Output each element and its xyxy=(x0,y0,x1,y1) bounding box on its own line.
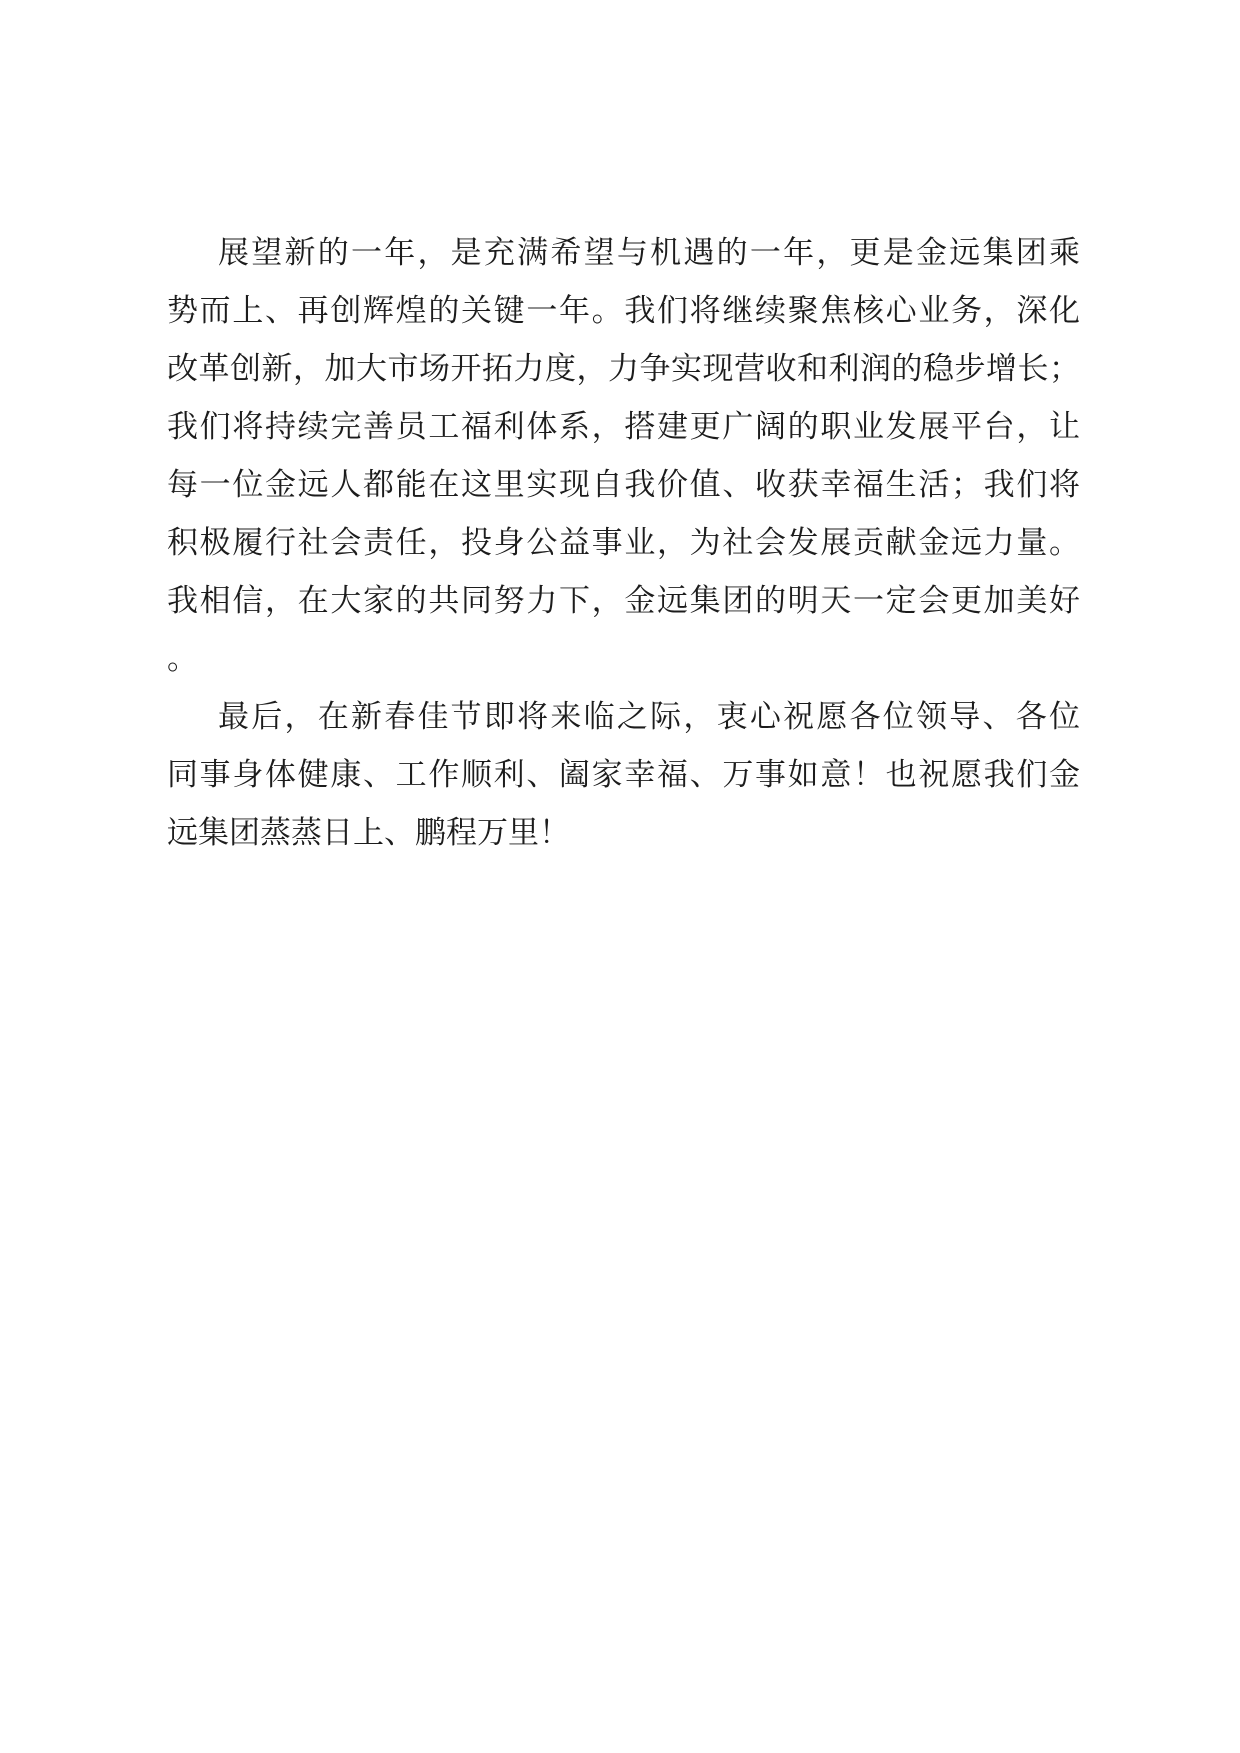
paragraph-1-line-5: 每一位金远人都能在这里实现自我价值、收获幸福生活；我们将 xyxy=(167,456,1080,514)
paragraph-1-line-4: 我们将持续完善员工福利体系，搭建更广阔的职业发展平台，让 xyxy=(167,398,1080,456)
paragraph-1-line-7: 我相信，在大家的共同努力下，金远集团的明天一定会更加美好 xyxy=(167,572,1080,630)
document-body: 展望新的一年，是充满希望与机遇的一年，更是金远集团乘 势而上、再创辉煌的关键一年… xyxy=(167,224,1080,862)
paragraph-1-line-1: 展望新的一年，是充满希望与机遇的一年，更是金远集团乘 xyxy=(167,224,1080,282)
paragraph-2-line-1: 最后，在新春佳节即将来临之际，衷心祝愿各位领导、各位 xyxy=(167,688,1080,746)
paragraph-1-line-6: 积极履行社会责任，投身公益事业，为社会发展贡献金远力量。 xyxy=(167,514,1080,572)
paragraph-1-line-2: 势而上、再创辉煌的关键一年。我们将继续聚焦核心业务，深化 xyxy=(167,282,1080,340)
paragraph-2-line-2: 同事身体健康、工作顺利、阖家幸福、万事如意！也祝愿我们金 xyxy=(167,746,1080,804)
document-page: 展望新的一年，是充满希望与机遇的一年，更是金远集团乘 势而上、再创辉煌的关键一年… xyxy=(0,0,1240,1753)
paragraph-2-line-3: 远集团蒸蒸日上、鹏程万里！ xyxy=(167,804,1080,862)
paragraph-1-line-3: 改革创新，加大市场开拓力度，力争实现营收和利润的稳步增长； xyxy=(167,340,1080,398)
paragraph-1-line-8: 。 xyxy=(167,630,1080,688)
